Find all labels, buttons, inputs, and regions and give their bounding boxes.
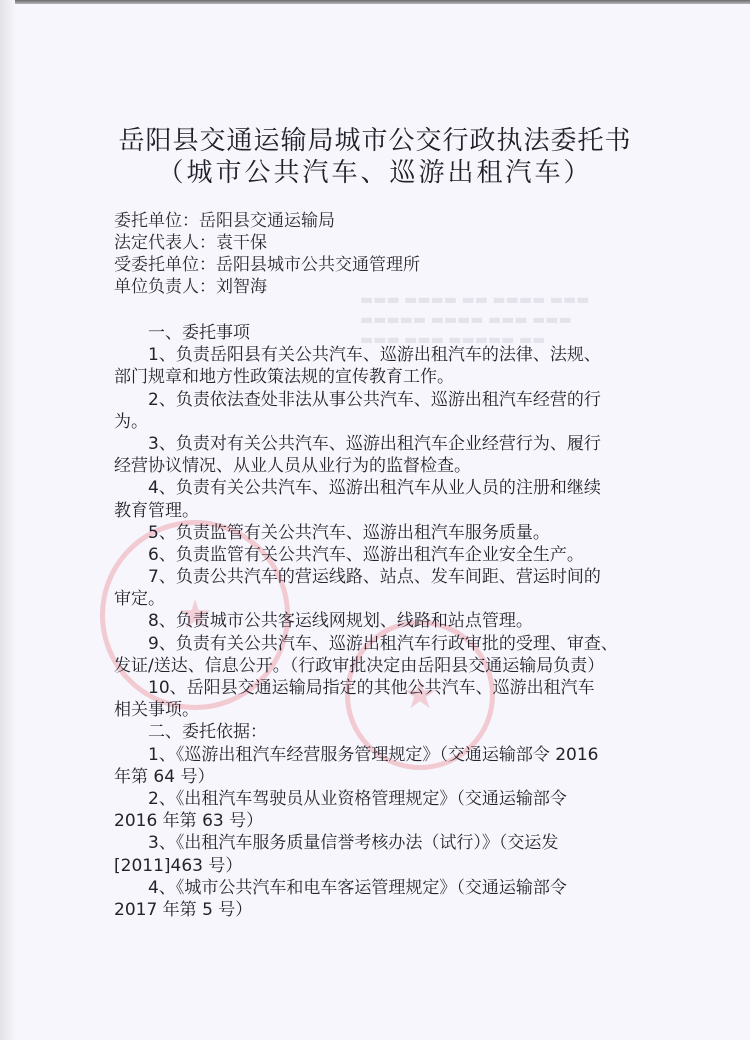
- item-line: 8、负责城市公共客运线网规划、线路和站点管理。: [114, 610, 674, 632]
- item-line: 10、岳阳县交通运输局指定的其他公共汽车、巡游出租汽车: [114, 677, 674, 699]
- item-line: 发证/送达、信息公开。（行政审批决定由岳阳县交通运输局负责）: [114, 655, 674, 677]
- basis-line: [2011]463 号）: [114, 855, 674, 877]
- section-heading: 一、委托事项: [114, 322, 674, 344]
- document-subtitle: （城市公共汽车、巡游出租汽车）: [0, 152, 750, 189]
- meta-value: 袁干保: [216, 232, 267, 254]
- basis-line: 2016 年第 63 号）: [114, 810, 674, 832]
- item-line: 审定。: [114, 588, 674, 610]
- meta-label: 单位负责人：: [114, 276, 216, 298]
- document-body: 一、委托事项 1、负责岳阳县有关公共汽车、巡游出租汽车的法律、法规、 部门规章和…: [114, 322, 674, 921]
- basis-line: 2、《出租汽车驾驶员从业资格管理规定》（交通运输部令: [114, 788, 674, 810]
- meta-label: 委托单位：: [114, 210, 199, 232]
- item-line: 2、负责依法查处非法从事公共汽车、巡游出租汽车经营的行: [114, 389, 674, 411]
- item-line: 7、负责公共汽车的营运线路、站点、发车间距、营运时间的: [114, 566, 674, 588]
- item-line: 部门规章和地方性政策法规的宣传教育工作。: [114, 366, 674, 388]
- meta-value: 岳阳县城市公共交通管理所: [216, 254, 420, 276]
- item-line: 6、负责监管有关公共汽车、巡游出租汽车企业安全生产。: [114, 544, 674, 566]
- item-line: 3、负责对有关公共汽车、巡游出租汽车企业经营行为、履行: [114, 433, 674, 455]
- meta-row-entrusting-unit: 委托单位： 岳阳县交通运输局: [114, 210, 420, 232]
- meta-row-unit-head: 单位负责人： 刘智海: [114, 276, 420, 298]
- meta-value: 岳阳县交通运输局: [199, 210, 335, 232]
- meta-label: 法定代表人：: [114, 232, 216, 254]
- item-line: 相关事项。: [114, 699, 674, 721]
- item-line: 5、负责监管有关公共汽车、巡游出租汽车服务质量。: [114, 522, 674, 544]
- item-line: 1、负责岳阳县有关公共汽车、巡游出租汽车的法律、法规、: [114, 344, 674, 366]
- meta-row-legal-representative: 法定代表人： 袁干保: [114, 232, 420, 254]
- basis-line: 2017 年第 5 号）: [114, 899, 674, 921]
- item-line: 教育管理。: [114, 500, 674, 522]
- item-line: 4、负责有关公共汽车、巡游出租汽车从业人员的注册和继续: [114, 477, 674, 499]
- item-line: 9、负责有关公共汽车、巡游出租汽车行政审批的受理、审查、: [114, 633, 674, 655]
- basis-line: 年第 64 号）: [114, 766, 674, 788]
- section-heading: 二、委托依据：: [114, 721, 674, 743]
- basis-line: 3、《出租汽车服务质量信誉考核办法（试行）》（交运发: [114, 832, 674, 854]
- meta-value: 刘智海: [216, 276, 267, 298]
- basis-line: 1、《巡游出租汽车经营服务管理规定》（交通运输部令 2016: [114, 744, 674, 766]
- item-line: 经营协议情况、从业人员从业行为的监督检查。: [114, 455, 674, 477]
- meta-row-entrusted-unit: 受委托单位： 岳阳县城市公共交通管理所: [114, 254, 420, 276]
- meta-label: 受委托单位：: [114, 254, 216, 276]
- basis-line: 4、《城市公共汽车和电车客运管理规定》（交通运输部令: [114, 877, 674, 899]
- item-line: 为。: [114, 411, 674, 433]
- document-meta: 委托单位： 岳阳县交通运输局 法定代表人： 袁干保 受委托单位： 岳阳县城市公共…: [114, 210, 420, 298]
